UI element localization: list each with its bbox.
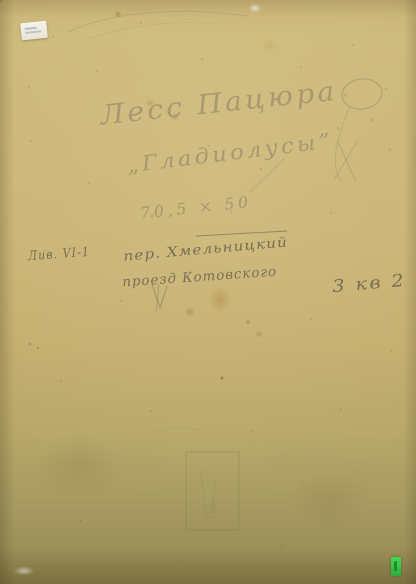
pencil-sketch-rectangle <box>186 452 239 530</box>
inscription-artist-name: Лесс Пацюра <box>97 76 339 132</box>
pencil-sketch-marks <box>200 470 215 517</box>
inscription-address-4: 3 кв 2 <box>331 271 406 297</box>
pencil-inscriptions-layer: Лесс Пацюра „Гладиолусы” 70,5 × 50 Лив. … <box>0 0 416 584</box>
sticker-scribble-line-2 <box>25 30 41 34</box>
pencil-circle-mark <box>340 76 384 111</box>
pencil-x-stroke-2 <box>334 140 358 180</box>
pencil-arc-2 <box>84 23 216 40</box>
sticker-scribble-line <box>25 27 37 30</box>
green-tag-mark <box>394 561 397 571</box>
pencil-arc <box>68 11 248 32</box>
inscription-address-1: Лив. VI-1 <box>27 245 91 264</box>
painting-back-photo: Лесс Пацюра „Гладиолусы” 70,5 × 50 Лив. … <box>0 0 416 584</box>
green-tag-sticker <box>391 557 401 576</box>
white-inventory-sticker <box>20 21 48 41</box>
pencil-diagonal-stroke <box>250 158 285 192</box>
inscription-title: „Гладиолусы” <box>125 128 334 177</box>
inscription-address-3: проезд Котовского <box>122 264 278 291</box>
pencil-tail-stroke <box>335 106 350 182</box>
pencil-smudge <box>150 428 200 432</box>
inscription-size: 70,5 × 50 <box>139 192 252 223</box>
inscription-address-2: пер. Хмельницкий <box>123 234 289 264</box>
